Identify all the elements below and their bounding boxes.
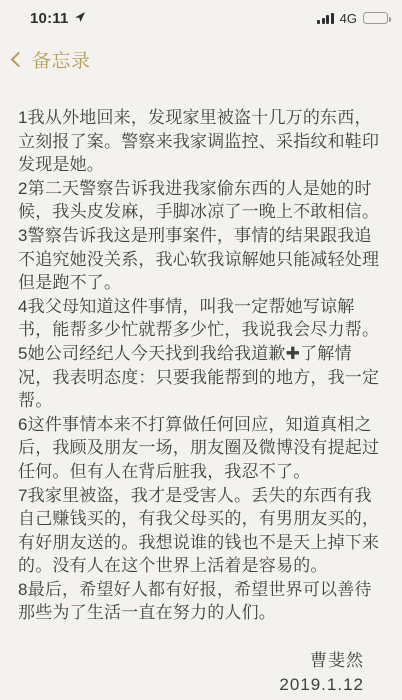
network-type-label: 4G [340, 11, 357, 26]
note-paragraph: 1我从外地回来，发现家里被盗十几万的东西，立刻报了案。警察来我家调监控、采指纹和… [18, 106, 382, 177]
note-paragraph: 2第二天警察告诉我进我家偷东西的人是她的时候，我头皮发麻，手脚冰凉了一晚上不敢相… [18, 177, 382, 224]
status-right: 4G [317, 11, 388, 26]
location-arrow-icon [74, 10, 86, 28]
status-bar: 10:11 4G [0, 0, 402, 30]
note-paragraph: 4我父母知道这件事情，叫我一定帮她写谅解书，能帮多少忙就帮多少忙，我说我会尽力帮… [18, 295, 382, 342]
cellular-signal-icon [317, 13, 334, 24]
note-signature: 曹斐然 [18, 649, 364, 673]
note-signature-block: 曹斐然 2019.1.12 [18, 649, 382, 696]
note-paragraph: 3警察告诉我这是刑事案件，事情的结果跟我追不追究她没关系，我心软我谅解她只能减轻… [18, 224, 382, 295]
back-button[interactable]: 备忘录 [11, 46, 91, 73]
clock: 10:11 [30, 10, 69, 27]
status-left: 10:11 [30, 9, 86, 28]
back-label: 备忘录 [32, 46, 91, 73]
note-paragraph: 5她公司经纪人今天找到我给我道歉✚了解情况，我表明态度：只要我能帮到的地方，我一… [18, 342, 382, 413]
notes-app-screen: 10:11 4G 备忘录 1我从外地回来，发现家里被盗十几万的东西， [0, 0, 402, 700]
note-date: 2019.1.12 [18, 673, 364, 697]
battery-icon [363, 12, 388, 24]
note-paragraph: 8最后，希望好人都有好报，希望世界可以善待那些为了生活一直在努力的人们。 [18, 578, 382, 625]
back-chevron-icon [11, 51, 27, 67]
note-editor[interactable]: 1我从外地回来，发现家里被盗十几万的东西，立刻报了案。警察来我家调监控、采指纹和… [0, 106, 402, 700]
nav-header: 备忘录 [0, 42, 402, 76]
note-paragraph: 7我家里被盗，我才是受害人。丢失的东西有我自己赚钱买的，有我父母买的，有男朋友买… [18, 484, 382, 578]
battery-cap [389, 17, 392, 22]
note-paragraph: 6这件事情本来不打算做任何回应，知道真相之后，我顾及朋友一场，朋友圈及微博没有提… [18, 413, 382, 484]
